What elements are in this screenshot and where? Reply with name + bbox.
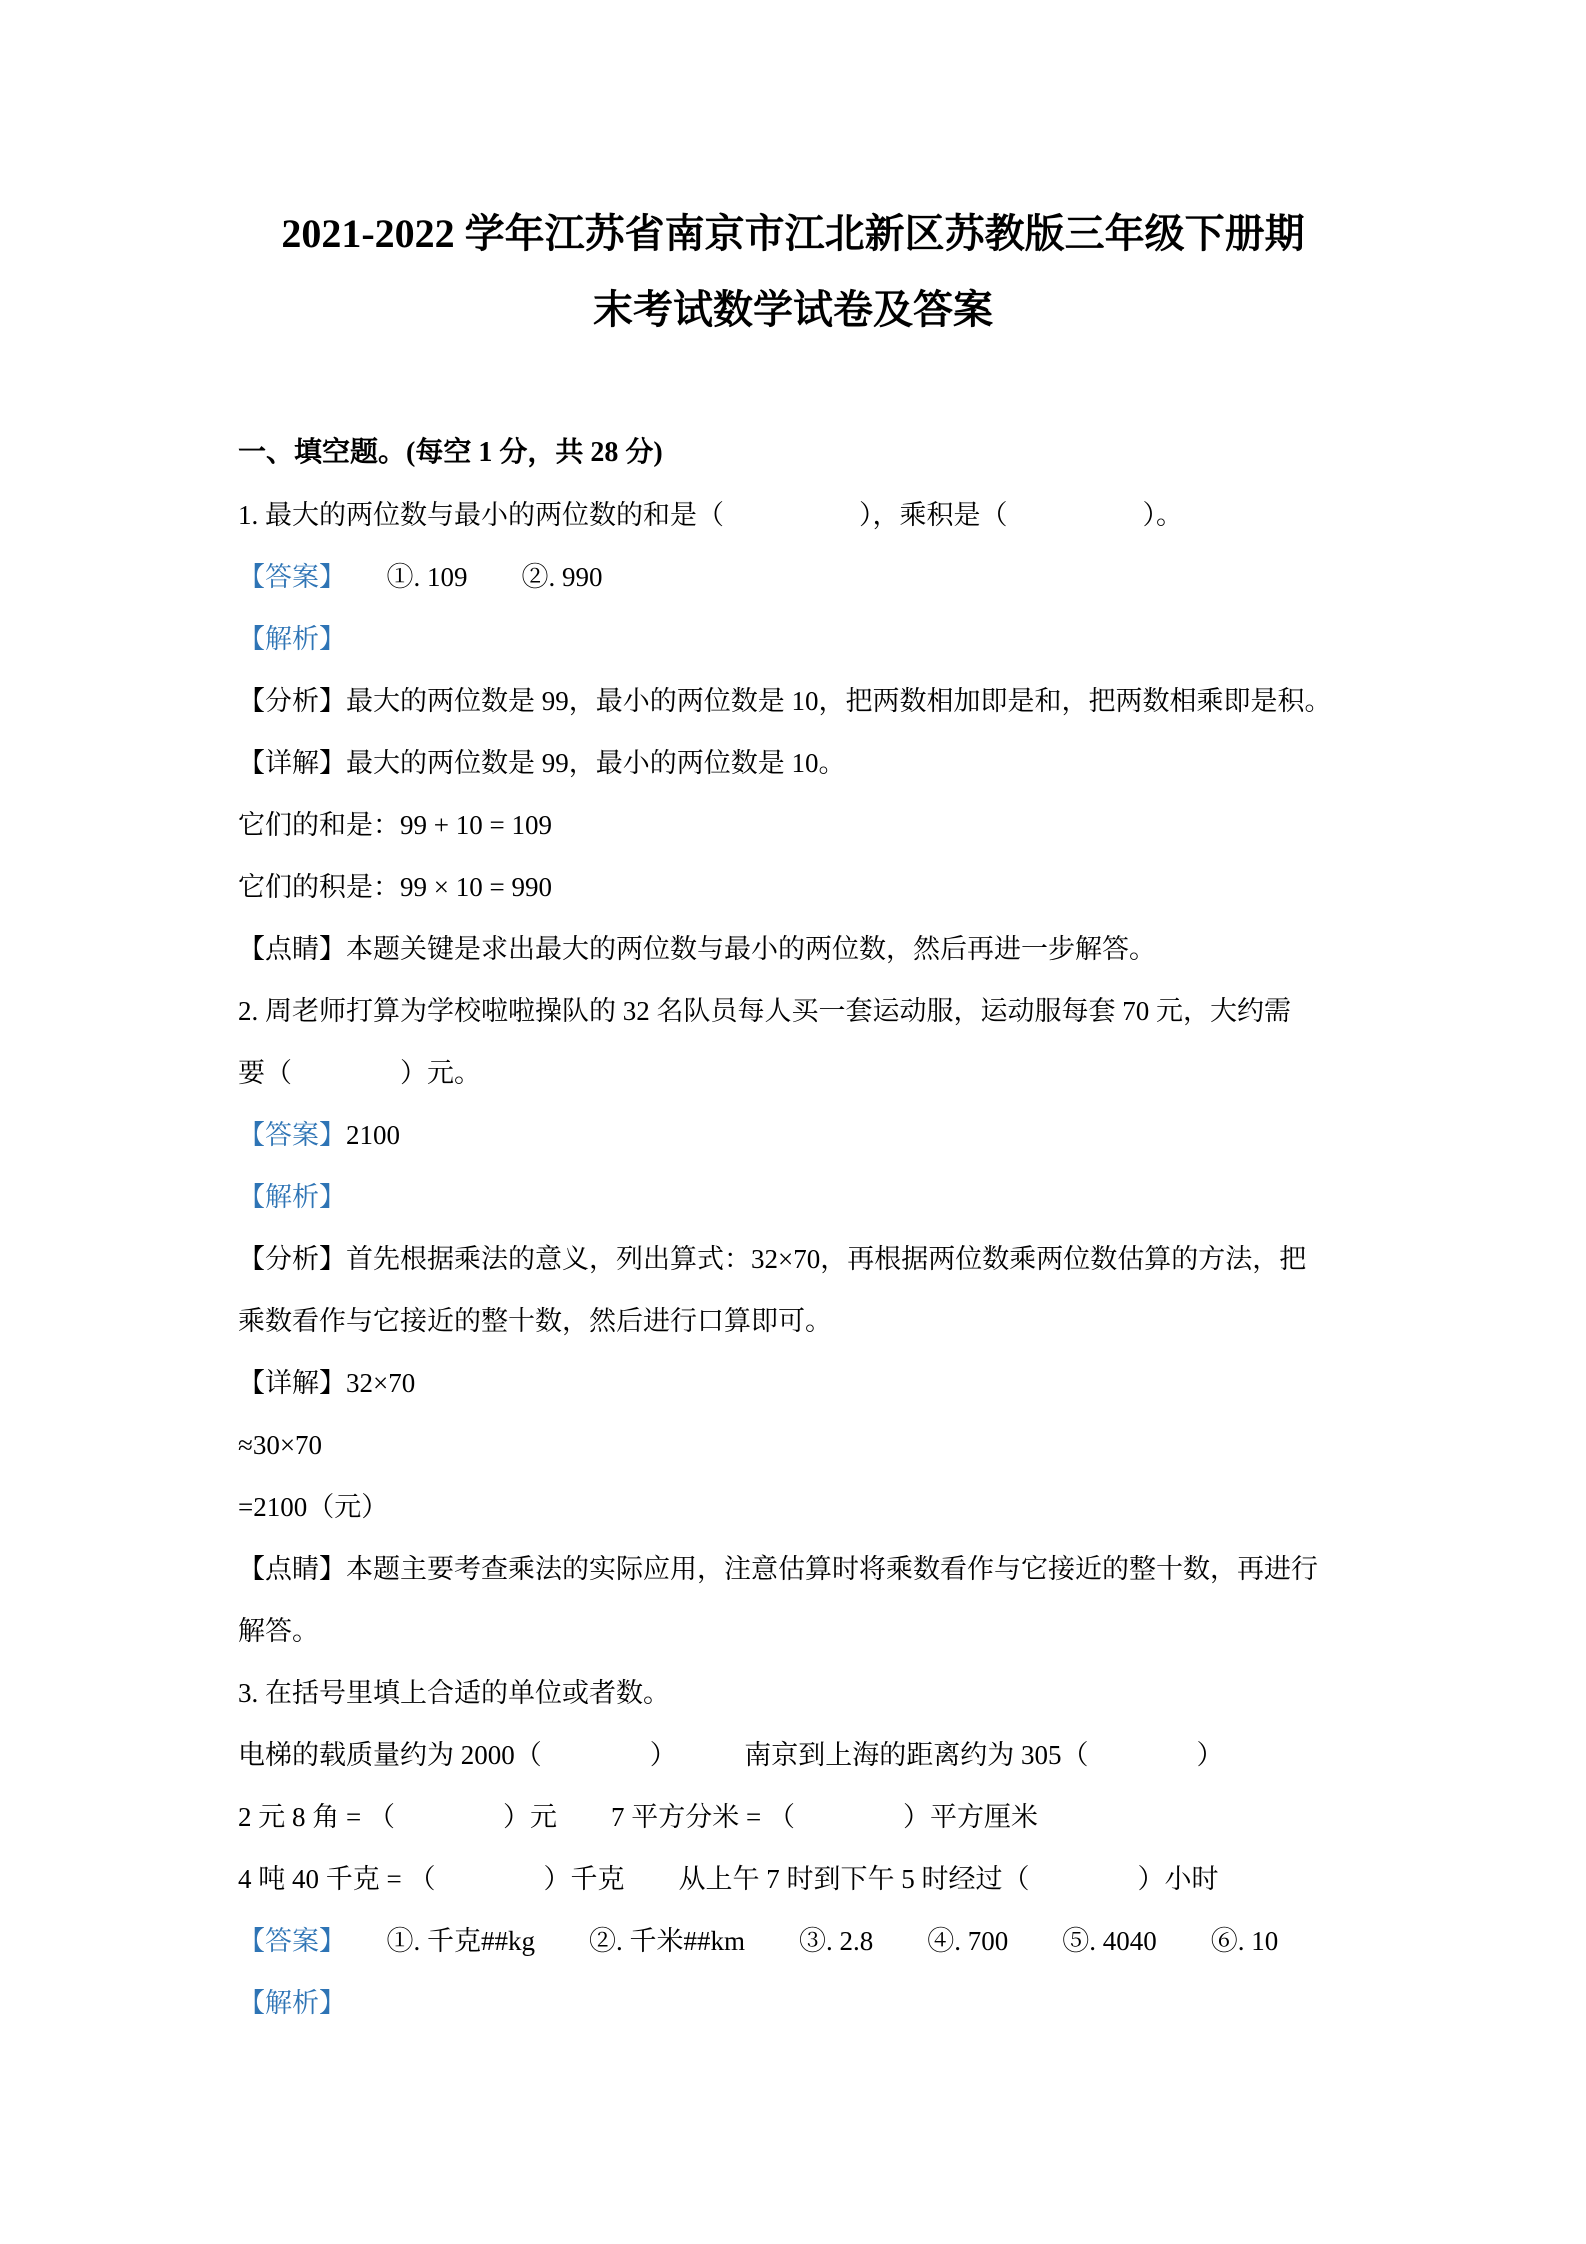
text-line-3: 【解析】: [238, 608, 1363, 670]
line-text: 1. 最大的两位数与最小的两位数的和是（ ），乘积是（ ）。: [238, 500, 1183, 530]
line-text: 【点睛】本题关键是求出最大的两位数与最小的两位数，然后再进一步解答。: [238, 934, 1156, 964]
line-text: ①. 109 ②. 990: [333, 562, 603, 592]
bracket-label-blue: 【答案】: [238, 1120, 346, 1150]
line-text: 【详解】32×70: [238, 1368, 415, 1398]
text-line-22: 2 元 8 角 = （ ）元 7 平方分米 = （ ）平方厘米: [238, 1786, 1363, 1848]
line-text: 它们的积是：99 × 10 = 990: [238, 872, 552, 902]
line-text: 【详解】最大的两位数是 99，最小的两位数是 10。: [238, 748, 846, 778]
line-text: 【点睛】本题主要考查乘法的实际应用，注意估算时将乘数看作与它接近的整十数，再进行: [238, 1554, 1318, 1584]
text-line-16: ≈30×70: [238, 1414, 1363, 1476]
text-line-13: 【分析】首先根据乘法的意义，列出算式：32×70，再根据两位数乘两位数估算的方法…: [238, 1228, 1363, 1290]
text-line-20: 3. 在括号里填上合适的单位或者数。: [238, 1662, 1363, 1724]
document-title: 2021-2022 学年江苏省南京市江北新区苏教版三年级下册期 末考试数学试卷及…: [233, 196, 1353, 348]
line-text: 3. 在括号里填上合适的单位或者数。: [238, 1678, 670, 1708]
text-line-11: 【答案】2100: [238, 1104, 1363, 1166]
text-line-10: 要（ ）元。: [238, 1042, 1363, 1104]
line-text: 要（ ）元。: [238, 1058, 481, 1088]
line-text: 乘数看作与它接近的整十数，然后进行口算即可。: [238, 1306, 832, 1336]
document-body: 一、填空题。(每空 1 分，共 28 分)1. 最大的两位数与最小的两位数的和是…: [238, 422, 1363, 2034]
bracket-label-blue: 【解析】: [238, 1182, 346, 1212]
text-line-8: 【点睛】本题关键是求出最大的两位数与最小的两位数，然后再进一步解答。: [238, 918, 1363, 980]
text-line-23: 4 吨 40 千克 = （ ）千克 从上午 7 时到下午 5 时经过（ ）小时: [238, 1848, 1363, 1910]
line-text: 它们的和是：99 + 10 = 109: [238, 810, 552, 840]
text-line-25: 【解析】: [238, 1972, 1363, 2034]
line-text: 2100: [346, 1120, 400, 1150]
document-title-line-2: 末考试数学试卷及答案: [233, 272, 1353, 348]
text-line-15: 【详解】32×70: [238, 1352, 1363, 1414]
document-title-line-1: 2021-2022 学年江苏省南京市江北新区苏教版三年级下册期: [233, 196, 1353, 272]
text-line-9: 2. 周老师打算为学校啦啦操队的 32 名队员每人买一套运动服，运动服每套 70…: [238, 980, 1363, 1042]
bracket-label-blue: 【解析】: [238, 1988, 346, 2018]
text-line-6: 它们的和是：99 + 10 = 109: [238, 794, 1363, 856]
text-line-21: 电梯的载质量约为 2000（ ） 南京到上海的距离约为 305（ ）: [238, 1724, 1363, 1786]
exam-document-page: 2021-2022 学年江苏省南京市江北新区苏教版三年级下册期 末考试数学试卷及…: [0, 0, 1586, 2244]
line-text: 解答。: [238, 1616, 319, 1646]
bracket-label-blue: 【解析】: [238, 624, 346, 654]
text-line-19: 解答。: [238, 1600, 1363, 1662]
section-heading: 一、填空题。(每空 1 分，共 28 分): [238, 422, 1363, 484]
line-text: 2. 周老师打算为学校啦啦操队的 32 名队员每人买一套运动服，运动服每套 70…: [238, 996, 1291, 1026]
line-text: 一、填空题。(每空 1 分，共 28 分): [238, 437, 663, 468]
line-text: 【分析】首先根据乘法的意义，列出算式：32×70，再根据两位数乘两位数估算的方法…: [238, 1244, 1306, 1274]
text-line-2: 【答案】 ①. 109 ②. 990: [238, 546, 1363, 608]
text-line-12: 【解析】: [238, 1166, 1363, 1228]
bracket-label-blue: 【答案】: [238, 1926, 333, 1956]
line-text: 2 元 8 角 = （ ）元 7 平方分米 = （ ）平方厘米: [238, 1802, 1038, 1832]
text-line-1: 1. 最大的两位数与最小的两位数的和是（ ），乘积是（ ）。: [238, 484, 1363, 546]
line-text: 4 吨 40 千克 = （ ）千克 从上午 7 时到下午 5 时经过（ ）小时: [238, 1864, 1218, 1894]
text-line-17: =2100（元）: [238, 1476, 1363, 1538]
text-line-4: 【分析】最大的两位数是 99，最小的两位数是 10，把两数相加即是和，把两数相乘…: [238, 670, 1363, 732]
text-line-7: 它们的积是：99 × 10 = 990: [238, 856, 1363, 918]
line-text: ≈30×70: [238, 1430, 322, 1460]
text-line-24: 【答案】 ①. 千克##kg ②. 千米##km ③. 2.8 ④. 700 ⑤…: [238, 1910, 1363, 1972]
line-text: 电梯的载质量约为 2000（ ） 南京到上海的距离约为 305（ ）: [238, 1740, 1224, 1770]
bracket-label-blue: 【答案】: [238, 562, 333, 592]
line-text: =2100（元）: [238, 1492, 388, 1522]
line-text: ①. 千克##kg ②. 千米##km ③. 2.8 ④. 700 ⑤. 404…: [333, 1926, 1279, 1956]
line-text: 【分析】最大的两位数是 99，最小的两位数是 10，把两数相加即是和，把两数相乘…: [238, 686, 1332, 716]
text-line-18: 【点睛】本题主要考查乘法的实际应用，注意估算时将乘数看作与它接近的整十数，再进行: [238, 1538, 1363, 1600]
text-line-5: 【详解】最大的两位数是 99，最小的两位数是 10。: [238, 732, 1363, 794]
text-line-14: 乘数看作与它接近的整十数，然后进行口算即可。: [238, 1290, 1363, 1352]
